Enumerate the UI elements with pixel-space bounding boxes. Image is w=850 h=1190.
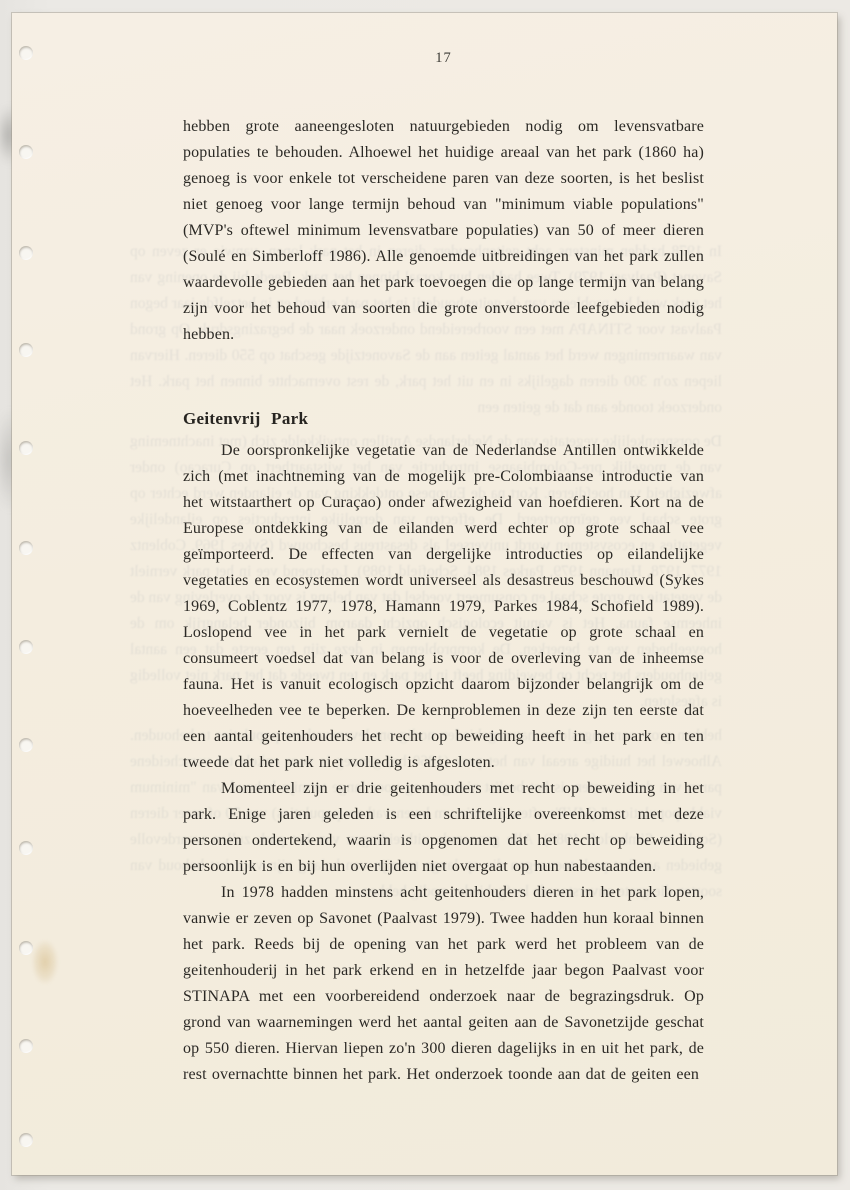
hole-punch xyxy=(19,145,33,159)
body-paragraph: In 1978 hadden minstens acht geitenhoude… xyxy=(183,880,704,1088)
section-heading: Geitenvrij Park xyxy=(183,406,704,432)
hole-punch xyxy=(19,343,33,357)
body-paragraph: De oorspronkelijke vegetatie van de Nede… xyxy=(183,438,704,776)
hole-punch xyxy=(19,246,33,260)
intro-paragraph: hebben grote aaneengesloten natuurgebied… xyxy=(183,114,704,348)
hole-punch xyxy=(19,738,33,752)
hole-punch xyxy=(19,46,33,60)
hole-punch xyxy=(19,1133,33,1147)
hole-punch xyxy=(19,841,33,855)
body-paragraph: Momenteel zijn er drie geitenhouders met… xyxy=(183,776,704,880)
scan-background: In 1978 hadden minstens acht geitenhoude… xyxy=(0,0,850,1190)
hole-punch xyxy=(19,1039,33,1053)
paper-stain xyxy=(28,933,62,991)
page-number: 17 xyxy=(183,50,704,67)
hole-punch xyxy=(19,541,33,555)
page-content: hebben grote aaneengesloten natuurgebied… xyxy=(183,114,704,1088)
hole-punch xyxy=(19,640,33,654)
page-sheet: In 1978 hadden minstens acht geitenhoude… xyxy=(12,13,837,1175)
hole-punch xyxy=(19,441,33,455)
